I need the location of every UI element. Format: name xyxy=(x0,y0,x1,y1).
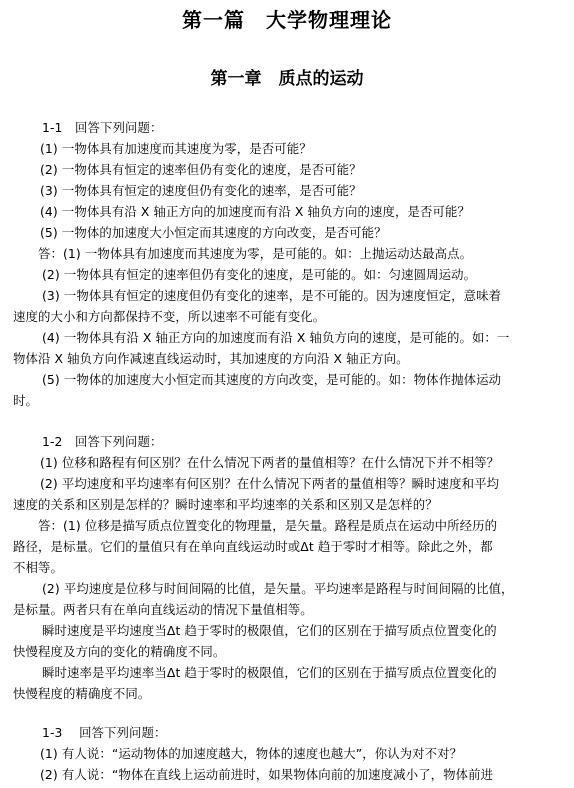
question-item: (1) 一物体具有加速度而其速度为零，是否可能？ xyxy=(40,138,574,159)
answer-line: 瞬时速度是平均速度当Δt 趋于零时的极限值，它们的区别在于描写质点位置变化的 xyxy=(42,620,560,641)
answer-line: (3) 一物体具有恒定的速度但仍有变化的速率，是不可能的。因为速度恒定，意味着 xyxy=(42,285,560,306)
question-line: 速度的关系和区别是怎样的？瞬时速率和平均速率的关系和区别又是怎样的？ xyxy=(13,494,561,515)
answer-line: (5) 一物体的加速度大小恒定而其速度的方向改变，是可能的。如：物体作抛体运动 xyxy=(42,369,560,390)
question-line: (1) 有人说：“运动物体的加速度越大，物体的速度也越大”，你认为对不对？ xyxy=(40,743,574,764)
question-item: (3) 一物体具有恒定的速度但仍有变化的速率，是否可能？ xyxy=(40,180,574,201)
question-item: (2) 一物体具有恒定的速率但仍有变化的速度，是否可能？ xyxy=(40,159,574,180)
answer-line: 是标量。两者只有在单向直线运动的情况下量值相等。 xyxy=(13,599,561,620)
section-heading: 1-1 回答下列问题： xyxy=(42,117,574,138)
answer-line: 路径，是标量。它们的量值只有在单向直线运动时或Δt 趋于零时才相等。除此之外，都 xyxy=(13,536,561,557)
answer-line: 答：(1) 一物体具有加速度而其速度为零，是可能的。如：上抛运动达最高点。 xyxy=(38,243,574,264)
answer-line: (2) 一物体具有恒定的速率但仍有变化的速度，是可能的。如：匀速圆周运动。 xyxy=(42,264,574,285)
answer-line: 速度的大小和方向都保持不变，所以速率不可能有变化。 xyxy=(13,306,561,327)
answer-line: (4) 一物体具有沿 X 轴正方向的加速度而有沿 X 轴负方向的速度，是可能的。… xyxy=(42,327,560,348)
question-item: (4) 一物体具有沿 X 轴正方向的加速度而有沿 X 轴负方向的速度，是否可能？ xyxy=(40,201,574,222)
section-heading: 1-2 回答下列问题： xyxy=(42,431,574,452)
answer-line: 快慢程度的精确度不同。 xyxy=(13,683,561,704)
answer-line: 物体沿 X 轴负方向作减速直线运动时，其加速度的方向沿 X 轴正方向。 xyxy=(13,348,561,369)
answer-line: 不相等。 xyxy=(13,557,561,578)
question-line: (2) 有人说：“物体在直线上运动前进时，如果物体向前的加速度减小了，物体前进 xyxy=(40,764,574,785)
answer-line: (2) 平均速度是位移与时间间隔的比值，是矢量。平均速率是路程与时间间隔的比值， xyxy=(42,578,560,599)
question-line: (2) 平均速度和平均速率有何区别？在什么情况下两者的量值相等？瞬时速度和平均 xyxy=(40,473,560,494)
question-item: (5) 一物体的加速度大小恒定而其速度的方向改变，是否可能？ xyxy=(40,222,574,243)
answer-line: 时。 xyxy=(13,390,561,411)
answer-line: 瞬时速率是平均速率当Δt 趋于零时的极限值，它们的区别在于描写质点位置变化的 xyxy=(42,662,560,683)
chapter-title: 第一章 质点的运动 xyxy=(0,64,574,89)
answer-line: 答：(1) 位移是描写质点位置变化的物理量，是矢量。路程是质点在运动中所经历的 xyxy=(38,515,560,536)
section-heading: 1-3 回答下列问题： xyxy=(42,722,574,743)
part-title: 第一篇 大学物理理论 xyxy=(0,4,574,33)
question-line: (1) 位移和路程有何区别？在什么情况下两者的量值相等？在什么情况下并不相等？ xyxy=(40,452,574,473)
answer-line: 快慢程度及方向的变化的精确度不同。 xyxy=(13,641,561,662)
